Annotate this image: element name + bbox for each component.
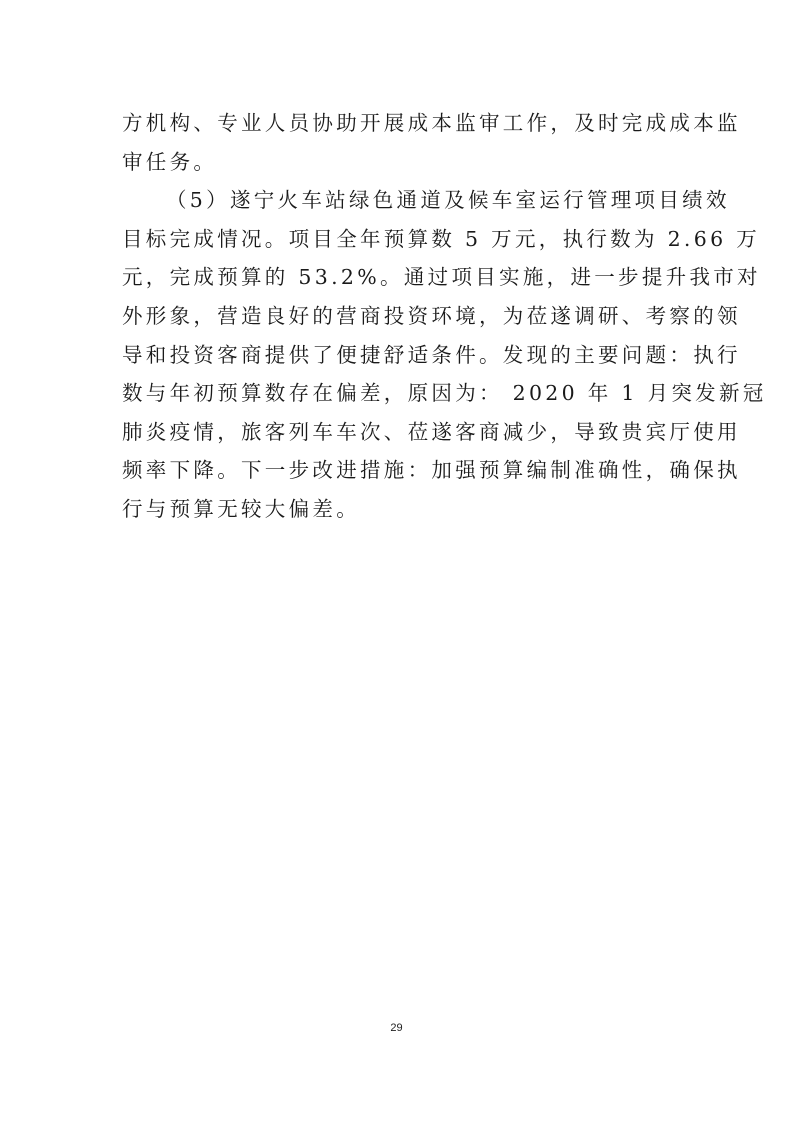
section-heading-line: （5）遂宁火车站绿色通道及候车室运行管理项目绩效 [122,181,678,220]
body-text: 方机构、专业人员协助开展成本监审工作，及时完成成本监 审任务。 （5）遂宁火车站… [122,104,678,529]
paragraph-line: 导和投资客商提供了便捷舒适条件。发现的主要问题：执行 [122,336,678,375]
page-number: 29 [0,1022,793,1034]
paragraph-line: 数与年初预算数存在偏差，原因为： 2020 年 1 月突发新冠 [122,374,678,413]
paragraph-line: 行与预算无较大偏差。 [122,490,678,529]
paragraph-line: 审任务。 [122,143,678,182]
paragraph-line: 外形象，营造良好的营商投资环境，为莅遂调研、考察的领 [122,297,678,336]
paragraph-line: 目标完成情况。项目全年预算数 5 万元，执行数为 2.66 万 [122,220,678,259]
document-page: 方机构、专业人员协助开展成本监审工作，及时完成成本监 审任务。 （5）遂宁火车站… [0,0,793,1122]
paragraph-line: 肺炎疫情，旅客列车车次、莅遂客商减少，导致贵宾厅使用 [122,413,678,452]
paragraph-line: 方机构、专业人员协助开展成本监审工作，及时完成成本监 [122,104,678,143]
paragraph-line: 频率下降。下一步改进措施：加强预算编制准确性，确保执 [122,451,678,490]
paragraph-line: 元，完成预算的 53.2%。通过项目实施，进一步提升我市对 [122,258,678,297]
